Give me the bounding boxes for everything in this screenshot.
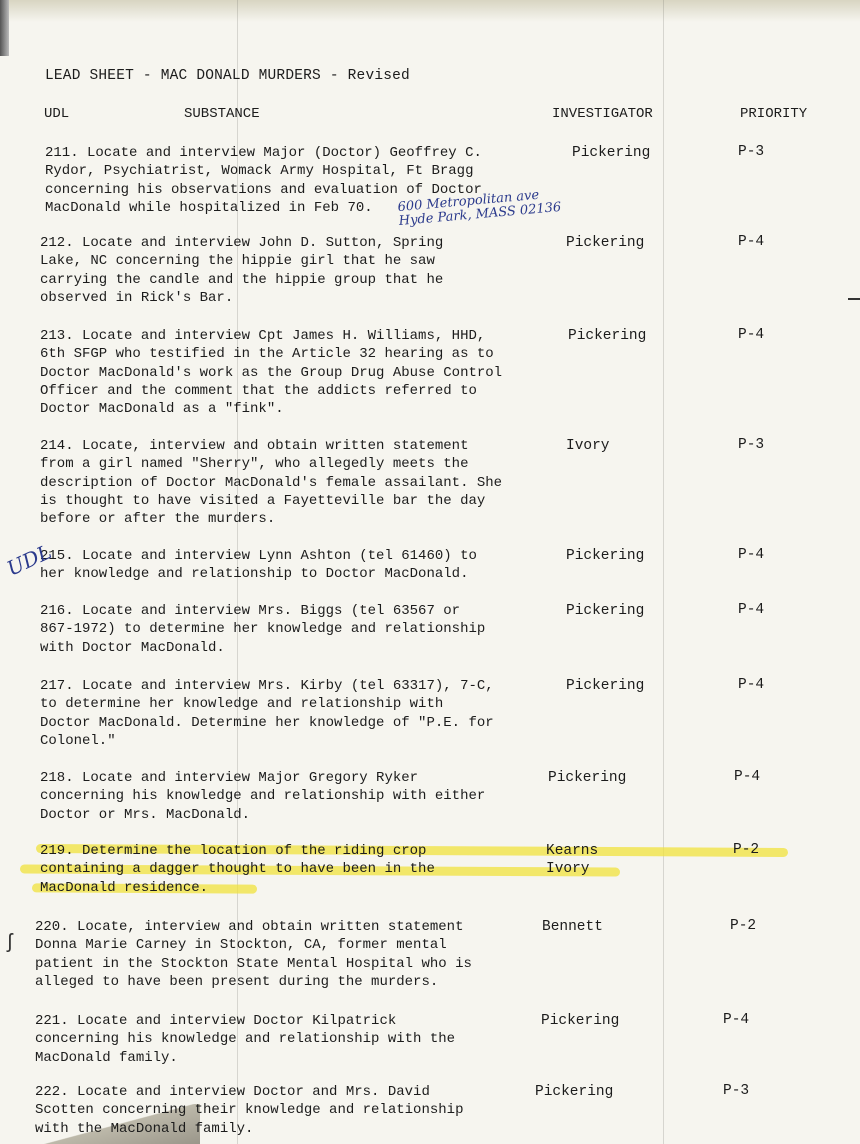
entry-priority: P-4	[723, 1012, 749, 1028]
entry-substance: 212. Locate and interview John D. Sutton…	[40, 234, 560, 307]
entry-priority: P-3	[723, 1083, 749, 1099]
entry-investigator: Ivory	[566, 437, 610, 455]
entry-priority: P-4	[738, 677, 764, 693]
entry-investigator: Pickering	[566, 602, 644, 620]
entry-priority: P-2	[730, 918, 756, 934]
entry-investigator: Pickering	[568, 327, 646, 345]
entry-priority: P-4	[738, 234, 764, 250]
entry-priority: P-4	[738, 602, 764, 618]
page-top-shadow	[0, 0, 860, 22]
entry-substance: 214. Locate, interview and obtain writte…	[40, 437, 560, 528]
column-header-investigator: INVESTIGATOR	[552, 106, 653, 122]
entry-substance: 222. Locate and interview Doctor and Mrs…	[35, 1083, 555, 1138]
page-left-edge	[0, 0, 9, 56]
entry-investigator: Pickering	[572, 144, 650, 162]
margin-dash	[848, 298, 860, 300]
document-title: LEAD SHEET - MAC DONALD MURDERS - Revise…	[45, 68, 410, 84]
entry-investigator: Kearns Ivory	[546, 842, 598, 879]
column-header-substance: SUBSTANCE	[184, 106, 260, 122]
entry-substance: 215. Locate and interview Lynn Ashton (t…	[40, 547, 560, 584]
entry-substance: 220. Locate, interview and obtain writte…	[35, 918, 555, 991]
entry-investigator: Pickering	[566, 677, 644, 695]
entry-investigator: Pickering	[541, 1012, 619, 1030]
entry-investigator: Pickering	[548, 769, 626, 787]
entry-substance: 217. Locate and interview Mrs. Kirby (te…	[40, 677, 560, 750]
entry-investigator: Pickering	[566, 234, 644, 252]
column-header-udl: UDL	[44, 106, 69, 122]
entry-substance: 219. Determine the location of the ridin…	[40, 842, 560, 897]
entry-investigator: Bennett	[542, 918, 603, 936]
entry-priority: P-3	[738, 437, 764, 453]
entry-substance: 216. Locate and interview Mrs. Biggs (te…	[40, 602, 560, 657]
entry-investigator: Pickering	[566, 547, 644, 565]
entry-priority: P-4	[738, 327, 764, 343]
entry-priority: P-3	[738, 144, 764, 160]
entry-priority: P-2	[733, 842, 759, 858]
margin-bracket-mark: ʃ	[4, 932, 16, 955]
fold-line	[663, 0, 664, 1144]
column-header-priority: PRIORITY	[740, 106, 807, 122]
entry-substance: 218. Locate and interview Major Gregory …	[40, 769, 560, 824]
entry-priority: P-4	[734, 769, 760, 785]
entry-priority: P-4	[738, 547, 764, 563]
entry-investigator: Pickering	[535, 1083, 613, 1101]
entry-substance: 221. Locate and interview Doctor Kilpatr…	[35, 1012, 555, 1067]
entry-substance: 213. Locate and interview Cpt James H. W…	[40, 327, 560, 418]
